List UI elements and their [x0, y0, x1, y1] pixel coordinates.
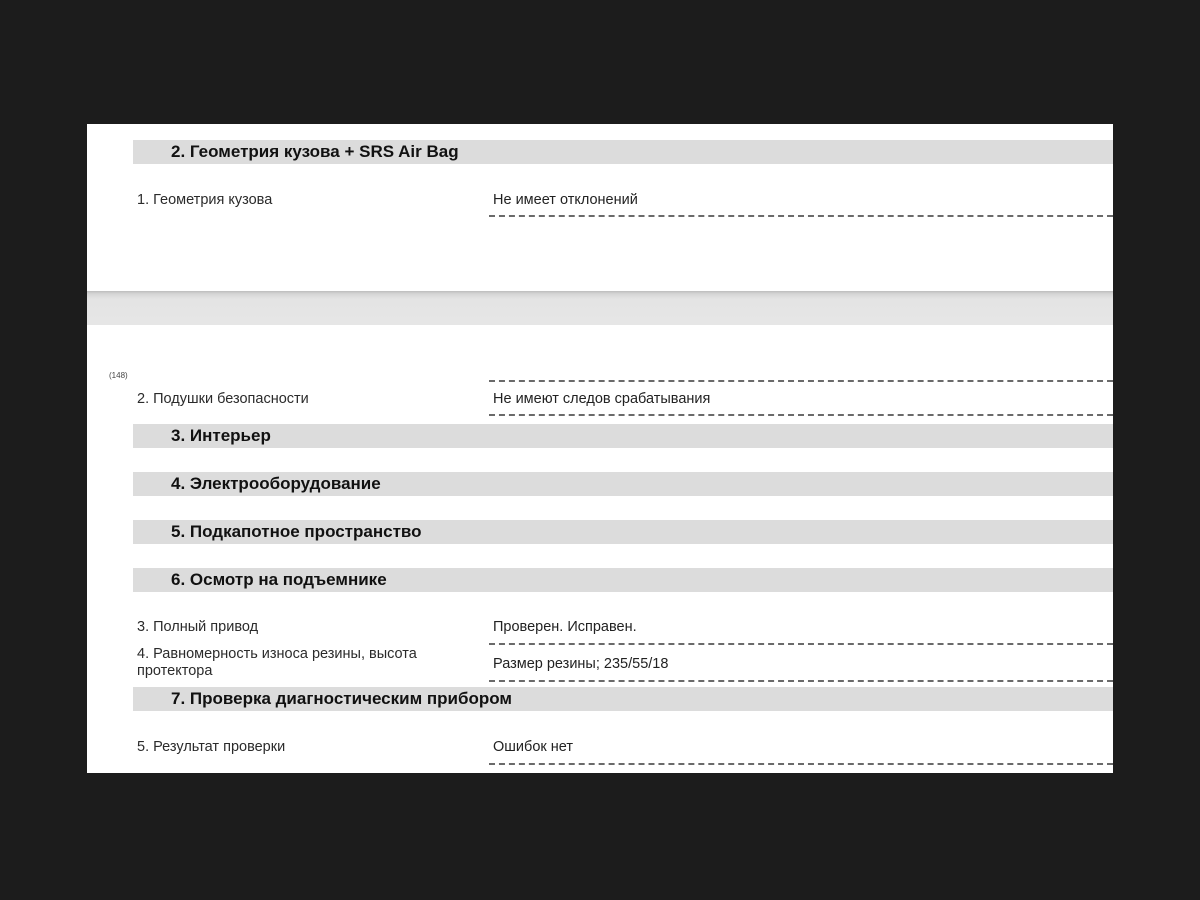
section-header-interior: 3. Интерьер: [133, 424, 1113, 448]
section-header-diagnostics: 7. Проверка диагностическим прибором: [133, 687, 1113, 711]
row-value-body-geometry: Не имеет отклонений: [493, 192, 638, 209]
section-header-engine-bay: 5. Подкапотное пространство: [133, 520, 1113, 544]
row-value-awd: Проверен. Исправен.: [493, 619, 637, 636]
dashed-underline: [489, 414, 1113, 416]
page-number: (148): [109, 371, 128, 380]
dashed-underline: [489, 680, 1113, 682]
row-label-tire-wear: 4. Равномерность износа резины, высота п…: [137, 646, 482, 680]
section-header-electrical: 4. Электрооборудование: [133, 472, 1113, 496]
page-break-separator: [87, 291, 1113, 325]
section-header-lift-inspection: 6. Осмотр на подъемнике: [133, 568, 1113, 592]
row-value-tire-wear: Размер резины; 235/55/18: [493, 656, 668, 673]
document-page: 2. Геометрия кузова + SRS Air Bag 1. Гео…: [87, 124, 1113, 773]
row-label-awd: 3. Полный привод: [137, 619, 482, 636]
dashed-underline: [489, 215, 1113, 217]
row-value-check-result: Ошибок нет: [493, 739, 573, 756]
row-label-check-result: 5. Результат проверки: [137, 739, 482, 756]
row-label-airbags: 2. Подушки безопасности: [137, 391, 482, 408]
dashed-underline: [489, 763, 1113, 765]
section-header-body-geometry: 2. Геометрия кузова + SRS Air Bag: [133, 140, 1113, 164]
row-value-airbags: Не имеют следов срабатывания: [493, 391, 710, 408]
dashed-underline: [489, 643, 1113, 645]
dashed-underline: [489, 380, 1113, 382]
row-label-body-geometry: 1. Геометрия кузова: [137, 192, 482, 209]
